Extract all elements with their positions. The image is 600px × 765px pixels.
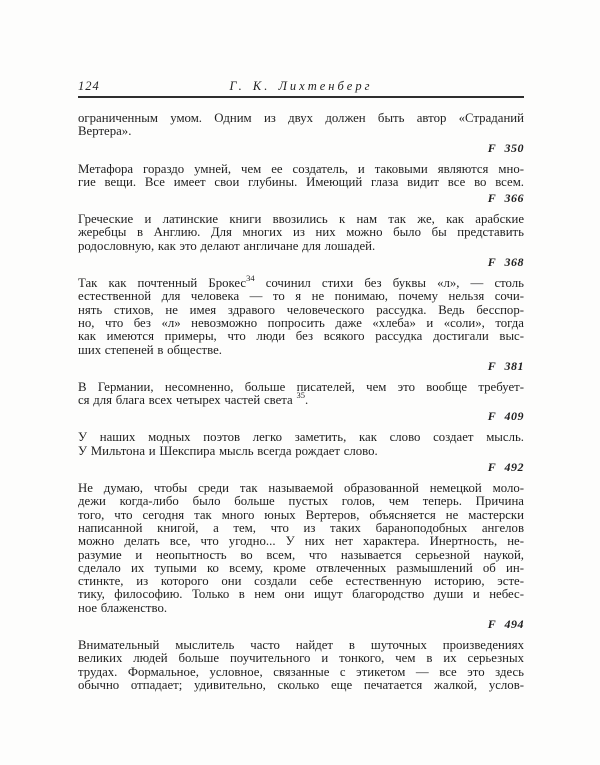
text-line: гие вещи. Все имеет свои глубины. Имеющи… bbox=[78, 176, 524, 189]
text-line: написанной книгой, а тем, что из таких б… bbox=[78, 522, 524, 535]
fragment-ref: F 494 bbox=[78, 618, 524, 631]
aphorism-text: ограниченным умом. Одним из двух должен … bbox=[78, 112, 524, 139]
text-line: У наших модных поэтов легко заметить, ка… bbox=[78, 431, 524, 444]
text-line: тику, философию. Только в нем они ищут б… bbox=[78, 588, 524, 601]
text-line: но, что без «л» невозможно попросить даж… bbox=[78, 317, 524, 330]
aphorism-entry: ограниченным умом. Одним из двух должен … bbox=[78, 112, 524, 155]
aphorism-entry: Не думаю, чтобы среди так называемой обр… bbox=[78, 482, 524, 631]
text-line: великих людей больше поучительного и тон… bbox=[78, 652, 524, 665]
text-line: ограниченным умом. Одним из двух должен … bbox=[78, 112, 524, 125]
book-page: 124 Г. К. Лихтенберг ограниченным умом. … bbox=[0, 0, 600, 765]
aphorism-text: Метафора гораздо умней, чем ее создатель… bbox=[78, 163, 524, 190]
footnote-ref: 34 bbox=[246, 273, 255, 283]
text-line: Так как почтенный Брокес34 сочинил стихи… bbox=[78, 277, 524, 290]
aphorism-text: Внимательный мыслитель часто найдет в шу… bbox=[78, 639, 524, 692]
fragment-ref: F 366 bbox=[78, 192, 524, 205]
fragment-ref: F 350 bbox=[78, 142, 524, 155]
text-line: дежи когда-либо было больше пустых голов… bbox=[78, 495, 524, 508]
text-line: стинкте, из которого они создали себе ес… bbox=[78, 575, 524, 588]
running-title: Г. К. Лихтенберг bbox=[78, 80, 524, 92]
fragment-ref: F 368 bbox=[78, 256, 524, 269]
aphorism-text: Так как почтенный Брокес34 сочинил стихи… bbox=[78, 277, 524, 357]
fragment-ref: F 492 bbox=[78, 461, 524, 474]
text-line: ное блаженство. bbox=[78, 602, 524, 615]
text-line: жеребцы в Англию. Для многих из них можн… bbox=[78, 226, 524, 239]
aphorism-entry: Так как почтенный Брокес34 сочинил стихи… bbox=[78, 277, 524, 373]
text-line: Метафора гораздо умней, чем ее создатель… bbox=[78, 163, 524, 176]
fragment-ref: F 409 bbox=[78, 410, 524, 423]
text-line: У Мильтона и Шекспира мысль всегда рожда… bbox=[78, 445, 524, 458]
text-line: Не думаю, чтобы среди так называемой обр… bbox=[78, 482, 524, 495]
aphorism-text: Не думаю, чтобы среди так называемой обр… bbox=[78, 482, 524, 615]
text-line: Вертера». bbox=[78, 125, 524, 138]
text-line: естественной для человека — то я не пони… bbox=[78, 290, 524, 303]
text-line: сделало их тупыми ко всему, кроме отвлеч… bbox=[78, 562, 524, 575]
text-line: ших степеней в обществе. bbox=[78, 344, 524, 357]
aphorism-entry: Греческие и латинские книги ввозились к … bbox=[78, 213, 524, 269]
text-line: Внимательный мыслитель часто найдет в шу… bbox=[78, 639, 524, 652]
text-line: нять стихов, не имея здравого человеческ… bbox=[78, 304, 524, 317]
aphorism-entry: Метафора гораздо умней, чем ее создатель… bbox=[78, 163, 524, 206]
aphorism-entry: У наших модных поэтов легко заметить, ка… bbox=[78, 431, 524, 474]
fragment-ref: F 381 bbox=[78, 360, 524, 373]
aphorism-text: В Германии, несомненно, больше писателей… bbox=[78, 381, 524, 408]
text-line: ся для блага всех четырех частей света 3… bbox=[78, 394, 524, 407]
text-line: можно делать все, что угодно... У них не… bbox=[78, 535, 524, 548]
aphorism-text: Греческие и латинские книги ввозились к … bbox=[78, 213, 524, 253]
text-line: как имеются примеры, что люди без всяког… bbox=[78, 330, 524, 343]
aphorism-entry: В Германии, несомненно, больше писателей… bbox=[78, 381, 524, 424]
text-line: родословную, как это делают англичане дл… bbox=[78, 240, 524, 253]
page-number: 124 bbox=[78, 80, 100, 92]
text-line: обычно отпадает; удивительно, сколько ещ… bbox=[78, 679, 524, 692]
text-line: разумие и неопытность во всем, что назыв… bbox=[78, 549, 524, 562]
text-line: того, что сегодня так много юных Вертеро… bbox=[78, 509, 524, 522]
aphorism-entry: Внимательный мыслитель часто найдет в шу… bbox=[78, 639, 524, 692]
page-header: 124 Г. К. Лихтенберг bbox=[78, 80, 524, 98]
text-line: трудах. Формальное, условное, связанные … bbox=[78, 666, 524, 679]
text-line: Греческие и латинские книги ввозились к … bbox=[78, 213, 524, 226]
aphorism-text: У наших модных поэтов легко заметить, ка… bbox=[78, 431, 524, 458]
footnote-ref: 35 bbox=[296, 390, 305, 400]
page-body: ограниченным умом. Одним из двух должен … bbox=[78, 112, 524, 700]
